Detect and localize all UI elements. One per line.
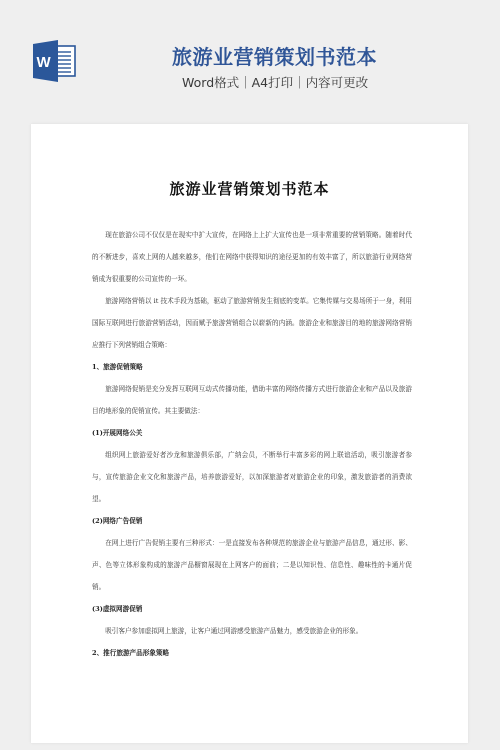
paragraph-virtual: 吸引客户参加虚拟网上旅游，让客户通过网游感受旅游产品魅力，感受旅游企业的形象。 [92,620,412,642]
paragraph-promotion: 旅游网络促销是充分发挥互联网互动式传播功能，借助丰富的网络传播方式进行旅游企业和… [92,378,412,422]
banner-title: 旅游业营销策划书范本 [172,44,372,70]
document-title: 旅游业营销策划书范本 [31,178,468,199]
subheading-ads: (2)网络广告促销 [92,510,412,532]
paragraph-intro-2: 旅游网络营销以 it 技术手段为基础，驱动了旅游营销发生彻底的变革。它集传媒与交… [92,290,412,356]
document-page: 旅游业营销策划书范本 现在旅游公司不仅仅是在现实中扩大宣传，在网络上上扩大宣传也… [31,124,468,743]
svg-text:W: W [37,54,52,71]
subheading-virtual: (3)虚拟网游促销 [92,598,412,620]
section-heading-2: 2、推行旅游产品形象策略 [92,642,412,664]
document-body: 现在旅游公司不仅仅是在现实中扩大宣传，在网络上上扩大宣传也是一项非常重要的营销策… [92,224,412,664]
subheading-pr: (1)开展网络公关 [92,422,412,444]
section-heading-1: 1、旅游促销策略 [92,356,412,378]
word-doc-icon: W [32,40,76,82]
paragraph-pr: 组织网上旅游爱好者沙龙和旅游俱乐部，广纳会员，不断举行丰富多彩的网上联谊活动，吸… [92,444,412,510]
paragraph-ads: 在网上进行广告促销主要有三种形式：一是直接发布各种规范的旅游企业与旅游产品信息，… [92,532,412,598]
paragraph-intro-1: 现在旅游公司不仅仅是在现实中扩大宣传，在网络上上扩大宣传也是一项非常重要的营销策… [92,224,412,290]
banner-subtitle: Word格式｜A4打印｜内容可更改 [182,75,368,91]
banner: W 旅游业营销策划书范本 Word格式｜A4打印｜内容可更改 [0,0,500,120]
